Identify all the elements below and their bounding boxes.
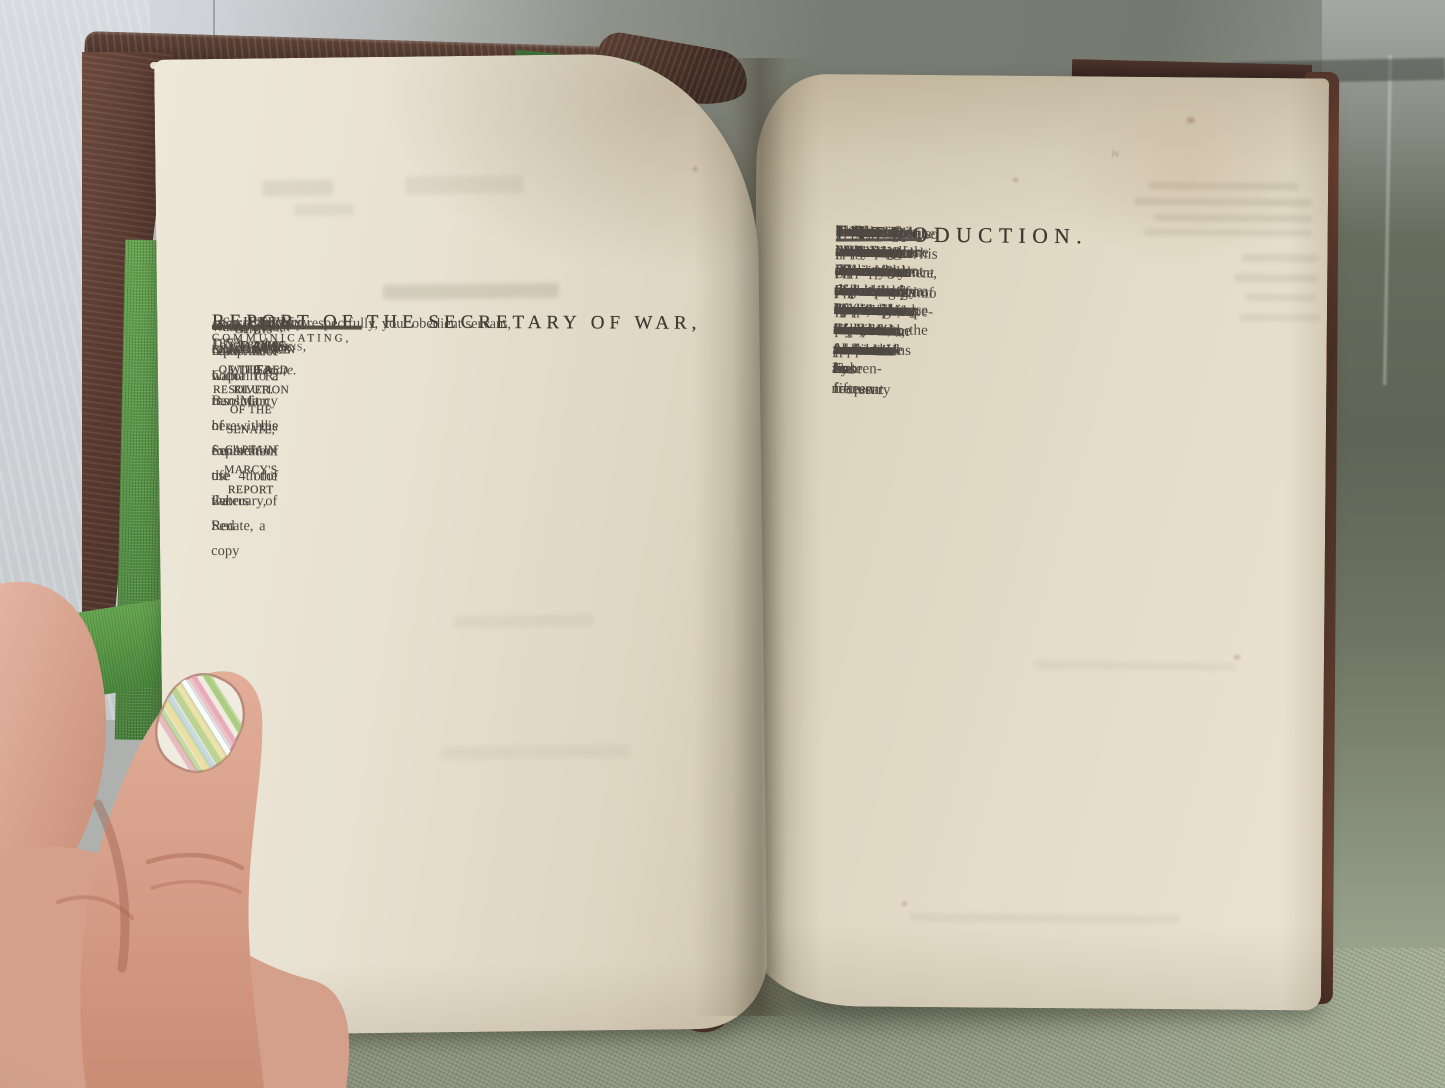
hand [0, 0, 1445, 1088]
hand-fingers [0, 582, 349, 1088]
book-photo-scene: iv REPORT OF THE SECRETARY OF WAR, COMMU… [0, 0, 1445, 1088]
